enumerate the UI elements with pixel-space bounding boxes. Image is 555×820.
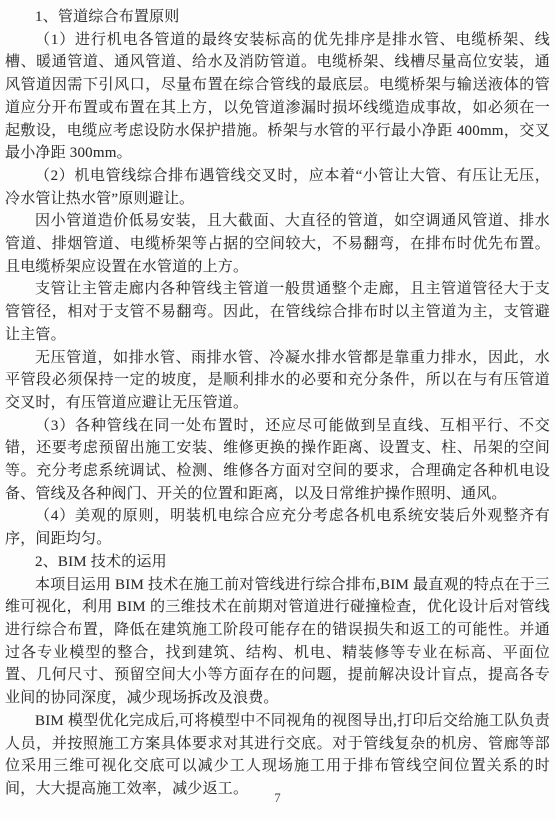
- document-page: 1、管道综合布置原则 （1）进行机电各管道的最终安装标高的优先排序是排水管、电缆…: [0, 0, 555, 820]
- page-number: 7: [0, 791, 555, 806]
- paragraph-crossing-avoidance-rule: （2）机电管线综合排布遇管线交叉时，应本着“小管让大管、有压让无压，冷水管让热水…: [5, 165, 550, 210]
- paragraph-bim-clash-detection: 本项目运用 BIM 技术在施工前对管线进行综合排布,BIM 最直观的特点在于三维…: [5, 574, 550, 710]
- paragraph-parallel-layout-spacing: （3）各种管线在同一处布置时，还应尽可能做到呈直线、互相平行、不交错，还要考虑预…: [5, 415, 550, 506]
- paragraph-gravity-drain-slope: 无压管道，如排水管、雨排水管、冷凝水排水管都是靠重力排水，因此，水平管段必须保持…: [5, 347, 550, 415]
- paragraph-aesthetic-principle: （4）美观的原则，明装机电综合应充分考虑各机电系统安装后外观整齐有序，间距均匀。: [5, 505, 550, 550]
- paragraph-branch-yields-main: 支管让主管走廊内各种管线主管道一般贯通整个走廊，且主管道管径大于支管管径，相对于…: [5, 278, 550, 346]
- section-heading-pipeline-layout-principles: 1、管道综合布置原则: [5, 6, 550, 29]
- paragraph-install-elevation-priority: （1）进行机电各管道的最终安装标高的优先排序是排水管、电缆桥架、线槽、暖通管道、…: [5, 29, 550, 165]
- section-heading-bim-application: 2、BIM 技术的运用: [5, 551, 550, 574]
- paragraph-small-pipe-low-cost: 因小管道造价低易安装，且大截面、大直径的管道，如空调通风管道、排水管道、排烟管道…: [5, 210, 550, 278]
- paragraph-bim-model-handover: BIM 模型优化完成后,可将模型中不同视角的视图导出,打印后交给施工队负责人员，…: [5, 710, 550, 801]
- document-body: 1、管道综合布置原则 （1）进行机电各管道的最终安装标高的优先排序是排水管、电缆…: [5, 6, 550, 801]
